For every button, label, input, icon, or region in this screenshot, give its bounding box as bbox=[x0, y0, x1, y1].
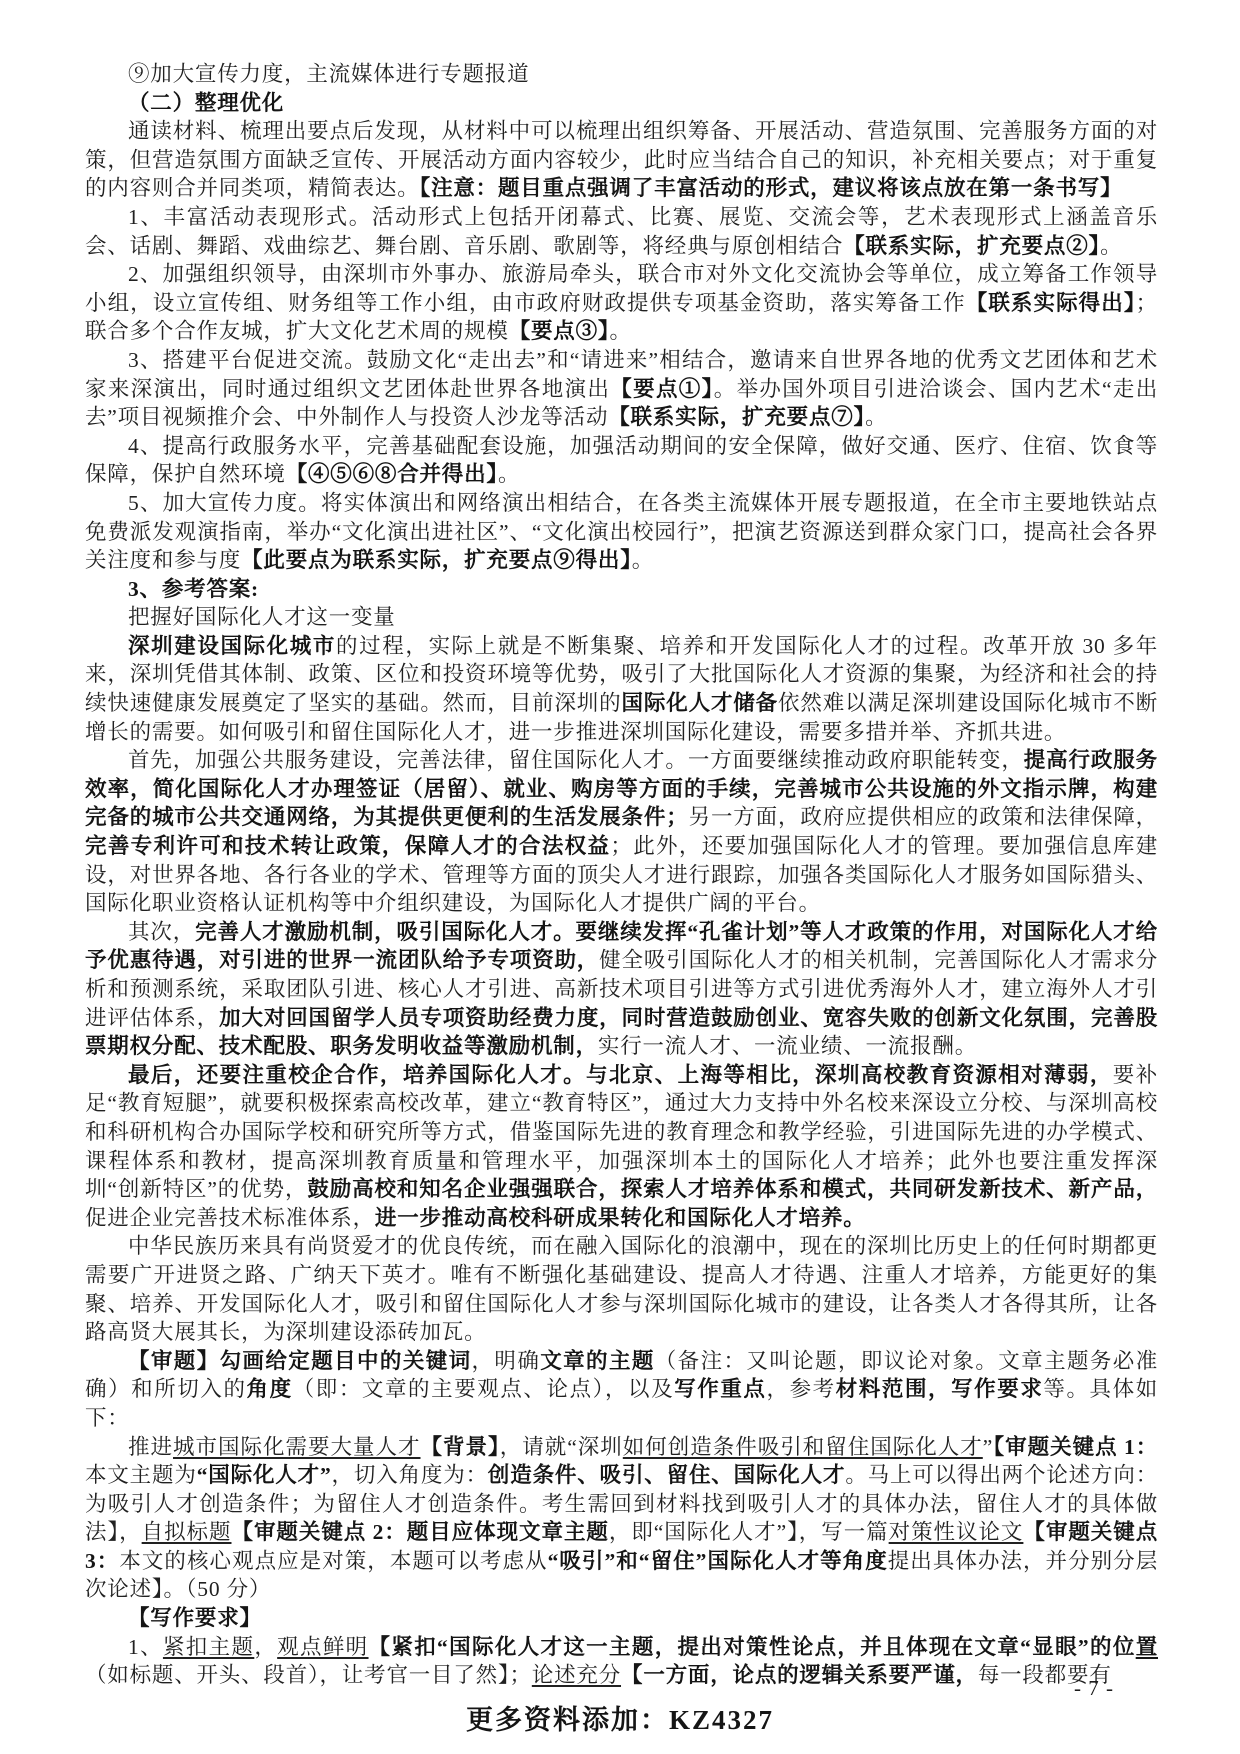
text-run: 对策性议论文 bbox=[889, 1520, 1024, 1544]
text-run: 自拟标题 bbox=[142, 1520, 232, 1544]
text-run: “吸引”和“留住”国际化人才等角度 bbox=[548, 1549, 888, 1573]
text-run: 如何创造条件吸引和留住国际化人才 bbox=[623, 1435, 983, 1459]
paragraph: 4、提高行政服务水平，完善基础配套设施，加强活动期间的安全保障，做好交通、医疗、… bbox=[85, 432, 1158, 489]
text-run: 【一方面，论点的逻辑关系要严谨， bbox=[621, 1663, 978, 1687]
paragraph: 3、搭建平台促进交流。鼓励文化“走出去”和“请进来”相结合，邀请来自世界各地的优… bbox=[85, 346, 1158, 432]
text-run: 本文主题为 bbox=[85, 1463, 197, 1487]
footer-note: 更多资料添加：KZ4327 bbox=[0, 1698, 1240, 1737]
text-run: 观点鲜明 bbox=[277, 1635, 368, 1659]
text-run: 。 bbox=[865, 405, 887, 429]
paragraph: 深圳建设国际化城市的过程，实际上就是不断集聚、培养和开发国际化人才的过程。改革开… bbox=[85, 632, 1158, 746]
text-run: 【此要点为联系实际，扩充要点⑨得出】 bbox=[241, 548, 632, 572]
text-run: 【审题】勾画给定题目中的关键词 bbox=[128, 1349, 472, 1373]
text-run: （即：文章的主要观点、论点），以及 bbox=[293, 1377, 675, 1401]
paragraph: 其次，完善人才激励机制，吸引国际化人才。要继续发挥“孔雀计划”等人才政策的作用，… bbox=[85, 918, 1158, 1061]
paragraph: 把握好国际化人才这一变量 bbox=[85, 603, 1158, 632]
paragraph: 【审题】勾画给定题目中的关键词，明确文章的主题（备注：又叫论题，即议论对象。文章… bbox=[85, 1347, 1158, 1433]
text-run: 深圳建设国际化城市 bbox=[128, 634, 336, 658]
text-run: “国际化人才” bbox=[197, 1463, 332, 1487]
text-run: 中华民族历来具有尚贤爱才的优良传统，而在融入国际化的浪潮中，现在的深圳比历史上的… bbox=[85, 1234, 1158, 1344]
paragraph: 2、加强组织领导，由深圳市外事办、旅游局牵头，联合市对外文化交流协会等单位，成立… bbox=[85, 260, 1158, 346]
text-run: 论述充分 bbox=[532, 1663, 621, 1687]
text-run: 最后，还要注重校企合作，培养国际化人才。与北京、上海等相比，深圳高校教育资源相对… bbox=[128, 1063, 1113, 1087]
text-run: 4、提高行政服务水平，完善基础配套设施，加强活动期间的安全保障，做好交通、医疗、… bbox=[85, 434, 1158, 487]
text-run: 推进 bbox=[128, 1435, 173, 1459]
text-run: 。 bbox=[1100, 234, 1122, 258]
text-run: 本文的核心观点应是对策，本题可以考虑从 bbox=[119, 1549, 547, 1573]
text-run: （如标题、开头、段首），让考官一目了然】； bbox=[85, 1663, 532, 1687]
text-run: 实行一流人才、一流业绩、一流报酬。 bbox=[598, 1034, 977, 1058]
text-run: 【紧扣“国际化人才这一主题，提出对策性论点，并且体现在文章“显眼”的位 bbox=[369, 1635, 1136, 1659]
text-run: 【要点③】 bbox=[509, 319, 610, 343]
text-run: 。 bbox=[632, 548, 654, 572]
text-run: 3、参考答案: bbox=[128, 577, 259, 601]
paragraph: 最后，还要注重校企合作，培养国际化人才。与北京、上海等相比，深圳高校教育资源相对… bbox=[85, 1061, 1158, 1233]
text-run: ， bbox=[254, 1635, 277, 1659]
paragraph: （二）整理优化 bbox=[85, 89, 1158, 118]
text-run: 进一步推动高校科研成果转化和国际化人才培养。 bbox=[375, 1206, 866, 1230]
text-run: 【联系实际，扩充要点⑦】 bbox=[608, 405, 865, 429]
text-run: 另一方面，政府应提供相应的政策和法律保障， bbox=[689, 805, 1158, 829]
text-run: ” bbox=[983, 1435, 993, 1459]
text-run: 。 bbox=[498, 462, 520, 486]
text-run: 。 bbox=[609, 319, 631, 343]
text-run: 【联系实际，扩充要点②】 bbox=[843, 234, 1100, 258]
paragraph: 【写作要求】 bbox=[85, 1604, 1158, 1633]
text-run: 1、 bbox=[128, 1635, 163, 1659]
paragraph: 首先，加强公共服务建设，完善法律，留住国际化人才。一方面要继续推动政府职能转变，… bbox=[85, 746, 1158, 918]
paragraph: 1、丰富活动表现形式。活动形式上包括开闭幕式、比赛、展览、交流会等，艺术表现形式… bbox=[85, 203, 1158, 260]
text-run: 写作重点 bbox=[674, 1377, 766, 1401]
document-page: ⑨加大宣传力度，主流媒体进行专题报道（二）整理优化通读材料、梳理出要点后发现，从… bbox=[0, 0, 1240, 1754]
paragraph: 5、加大宣传力度。将实体演出和网络演出相结合，在各类主流媒体开展专题报道，在全市… bbox=[85, 489, 1158, 575]
text-run: （二）整理优化 bbox=[128, 91, 284, 115]
text-run: 其次， bbox=[128, 920, 195, 944]
text-run: 置 bbox=[1136, 1635, 1158, 1659]
text-run: 创造条件、吸引、留住、国际化人才 bbox=[488, 1463, 845, 1487]
text-run: 角度 bbox=[247, 1377, 293, 1401]
text-run: 促进企业完善技术标准体系， bbox=[85, 1206, 375, 1230]
text-run: ，请就“深圳 bbox=[500, 1435, 623, 1459]
text-run: 【写作要求】 bbox=[128, 1606, 262, 1630]
text-run: 材料范围，写作要求 bbox=[836, 1377, 1044, 1401]
paragraph: ⑨加大宣传力度，主流媒体进行专题报道 bbox=[85, 60, 1158, 89]
text-run: 【审题关键点 1： bbox=[993, 1435, 1158, 1459]
paragraph: 推进城市国际化需要大量人才【背景】，请就“深圳如何创造条件吸引和留住国际化人才”… bbox=[85, 1433, 1158, 1605]
text-run: 【要点①】 bbox=[610, 377, 713, 401]
text-run: ，即“国际化人才”】，写一篇 bbox=[609, 1520, 889, 1544]
document-body: ⑨加大宣传力度，主流媒体进行专题报道（二）整理优化通读材料、梳理出要点后发现，从… bbox=[85, 60, 1158, 1690]
text-run: 首先，加强公共服务建设，完善法律，留住国际化人才。一方面要继续推动政府职能转变， bbox=[128, 748, 1024, 772]
text-run: 【联系实际得出】 bbox=[966, 291, 1136, 315]
text-run: 文章的主题 bbox=[540, 1349, 655, 1373]
text-run: 把握好国际化人才这一变量 bbox=[128, 605, 396, 629]
paragraph: 通读材料、梳理出要点后发现，从材料中可以梳理出组织筹备、开展活动、营造氛围、完善… bbox=[85, 117, 1158, 203]
text-run: 完善专利许可和技术转让政策，保障人才的合法权益 bbox=[85, 834, 610, 858]
paragraph: 3、参考答案: bbox=[85, 575, 1158, 604]
text-run: 城市国际化需要大量人才 bbox=[173, 1435, 421, 1459]
text-run: 鼓励高校和知名企业强强联合，探索人才培养体系和模式，共同研发新技术、新产品， bbox=[307, 1177, 1158, 1201]
paragraph: 1、紧扣主题，观点鲜明【紧扣“国际化人才这一主题，提出对策性论点，并且体现在文章… bbox=[85, 1633, 1158, 1690]
paragraph: 中华民族历来具有尚贤爱才的优良传统，而在融入国际化的浪潮中，现在的深圳比历史上的… bbox=[85, 1232, 1158, 1346]
text-run: ，切入角度为： bbox=[332, 1463, 488, 1487]
text-run: 【④⑤⑥⑧合并得出】 bbox=[286, 462, 498, 486]
text-run: 【背景】 bbox=[421, 1435, 500, 1459]
text-run: 国际化人才储备 bbox=[622, 691, 779, 715]
text-run: 【审题关键点 2：题目应体现文章主题 bbox=[231, 1520, 608, 1544]
text-run: 紧扣主题 bbox=[163, 1635, 254, 1659]
text-run: ⑨加大宣传力度，主流媒体进行专题报道 bbox=[128, 62, 529, 86]
text-run: ，明确 bbox=[472, 1349, 541, 1373]
text-run: 【注意：题目重点强调了丰富活动的形式，建议将该点放在第一条书写】 bbox=[420, 176, 1123, 200]
text-run: ，参考 bbox=[767, 1377, 836, 1401]
